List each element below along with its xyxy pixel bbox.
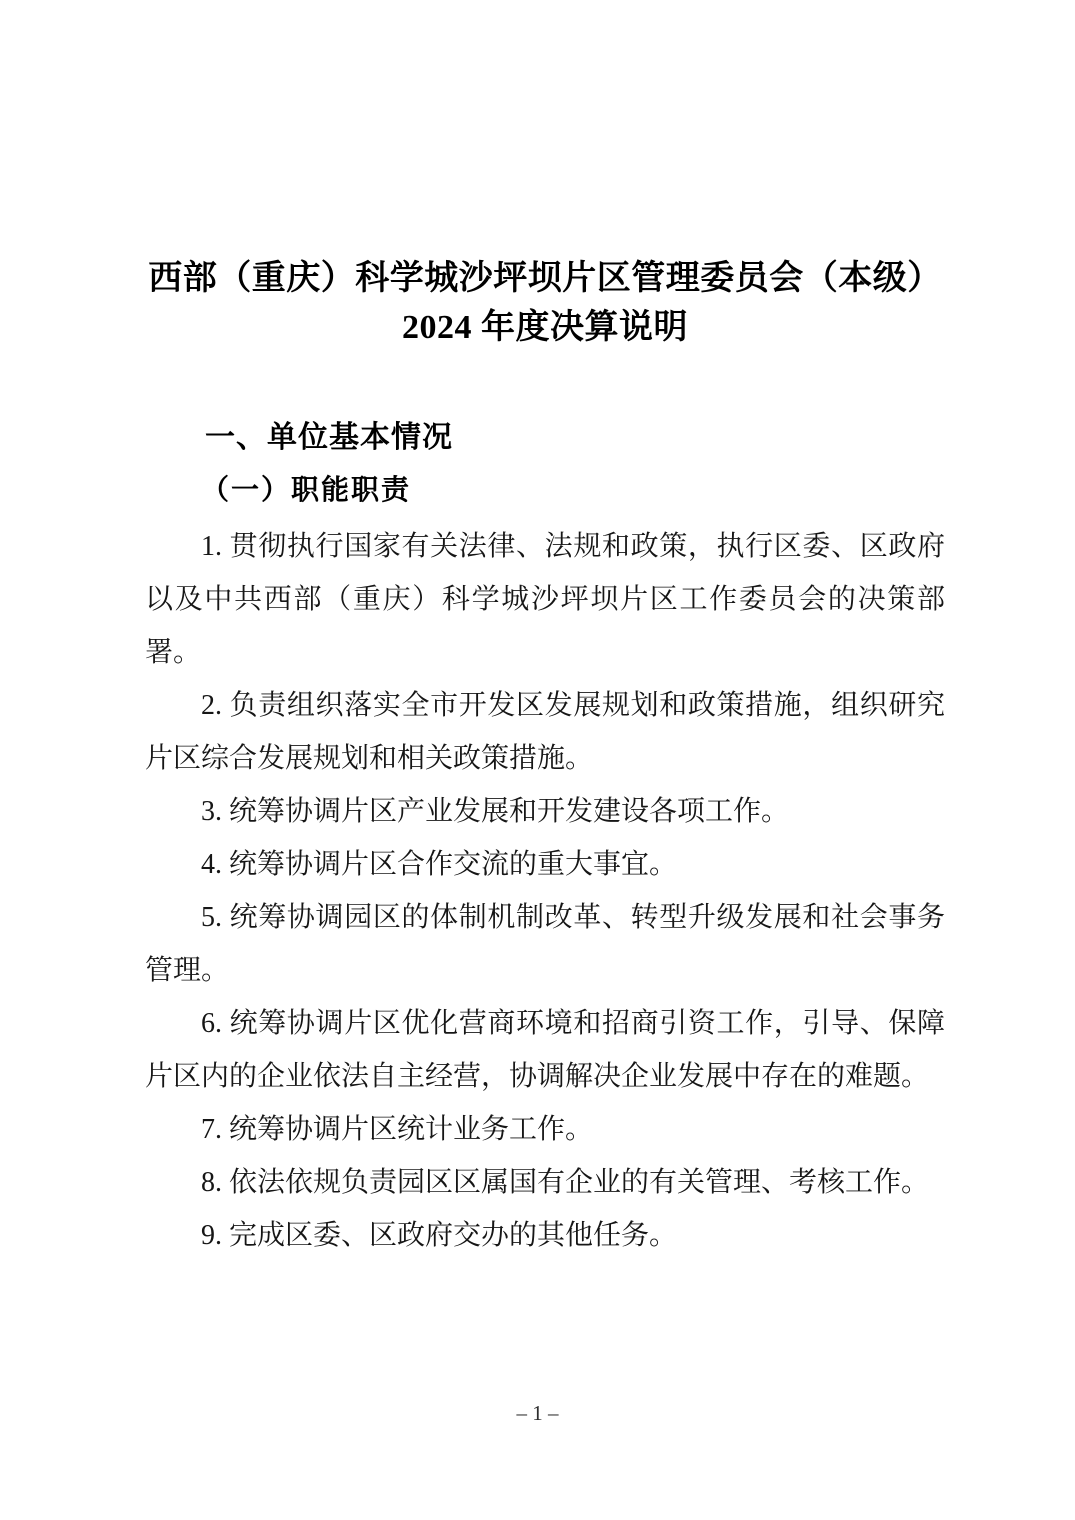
document-page: 西部（重庆）科学城沙坪坝片区管理委员会（本级） 2024 年度决算说明 一、单位…	[0, 0, 1075, 1520]
body-paragraph-1: 1. 贯彻执行国家有关法律、法规和政策，执行区委、区政府以及中共西部（重庆）科学…	[145, 520, 945, 679]
body-paragraph-8: 8. 依法依规负责园区区属国有企业的有关管理、考核工作。	[145, 1156, 945, 1209]
body-paragraph-7: 7. 统筹协调片区统计业务工作。	[145, 1103, 945, 1156]
document-title-line-1: 西部（重庆）科学城沙坪坝片区管理委员会（本级）	[145, 254, 945, 303]
page-number: – 1 –	[0, 1400, 1075, 1426]
document-title-line-2: 2024 年度决算说明	[145, 303, 945, 352]
document-body: 1. 贯彻执行国家有关法律、法规和政策，执行区委、区政府以及中共西部（重庆）科学…	[145, 520, 945, 1262]
body-paragraph-6: 6. 统筹协调片区优化营商环境和招商引资工作，引导、保障片区内的企业依法自主经营…	[145, 997, 945, 1103]
body-paragraph-5: 5. 统筹协调园区的体制机制改革、转型升级发展和社会事务管理。	[145, 891, 945, 997]
body-paragraph-3: 3. 统筹协调片区产业发展和开发建设各项工作。	[145, 785, 945, 838]
body-paragraph-4: 4. 统筹协调片区合作交流的重大事宜。	[145, 838, 945, 891]
document-title: 西部（重庆）科学城沙坪坝片区管理委员会（本级） 2024 年度决算说明	[145, 254, 945, 352]
body-paragraph-2: 2. 负责组织落实全市开发区发展规划和政策措施，组织研究片区综合发展规划和相关政…	[145, 679, 945, 785]
section-heading-unit-basic-info: 一、单位基本情况	[145, 411, 945, 464]
subsection-heading-functions-duties: （一）职能职责	[145, 464, 945, 517]
body-paragraph-9: 9. 完成区委、区政府交办的其他任务。	[145, 1209, 945, 1262]
